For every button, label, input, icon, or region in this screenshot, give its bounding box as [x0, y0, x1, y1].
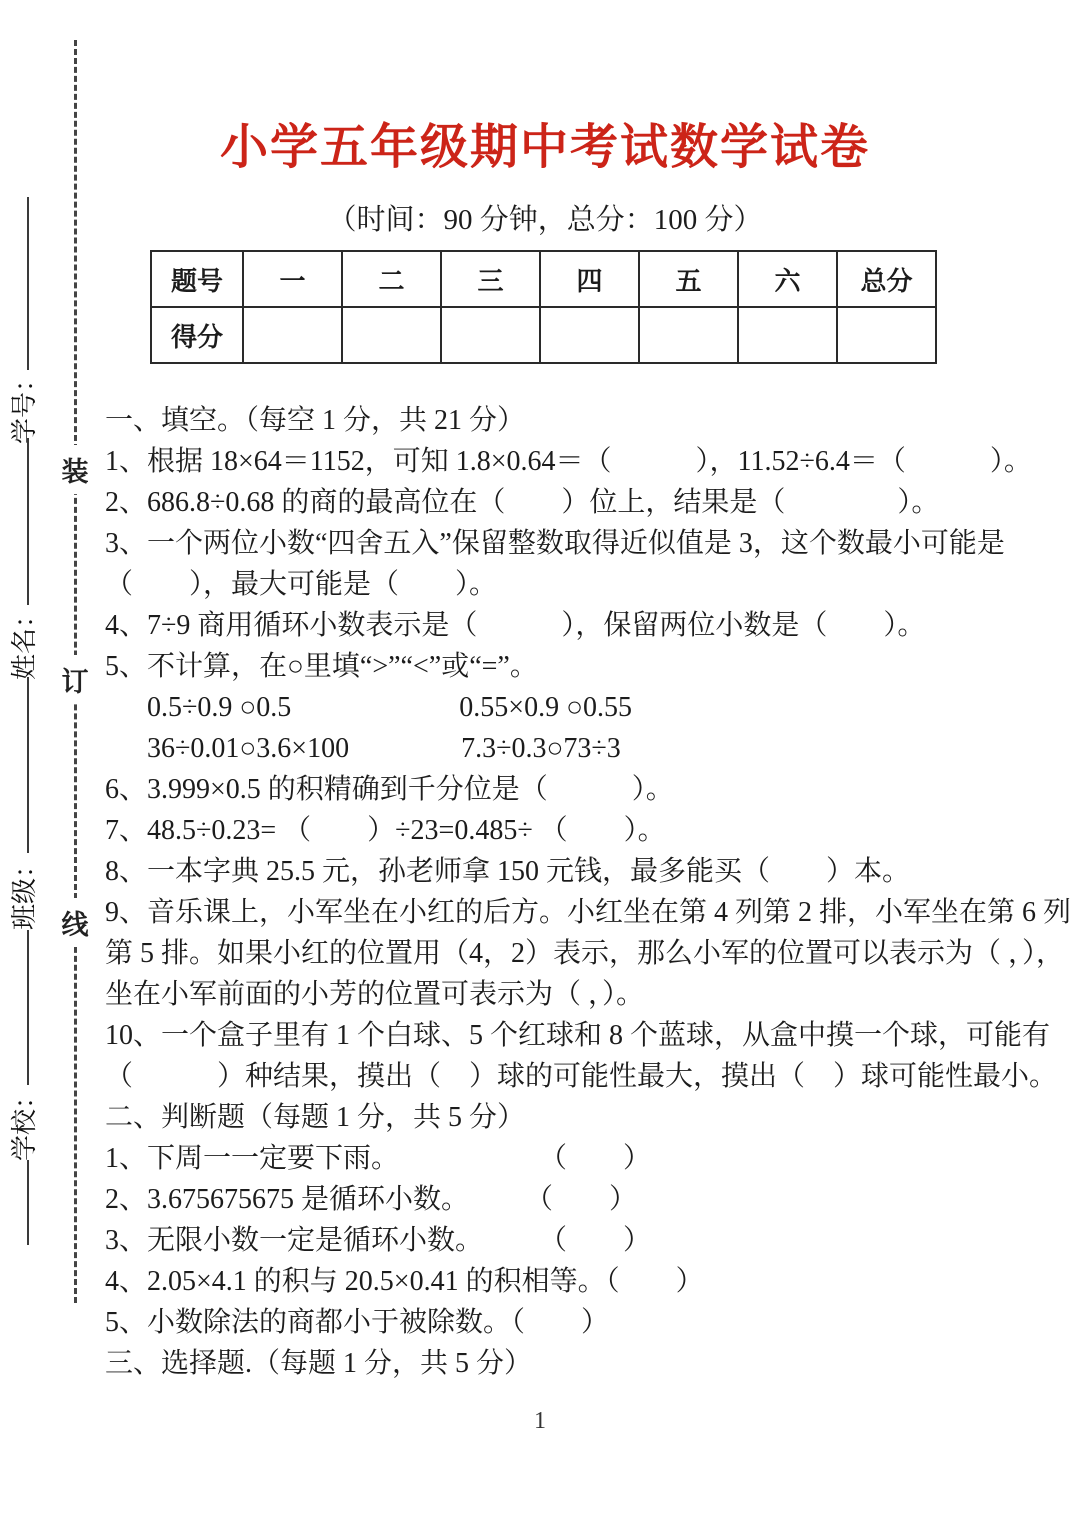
content-line: （ ）种结果，摸出（ ）球的可能性最大，摸出（ ）球可能性最小。 — [105, 1056, 1000, 1097]
score-table-score-row: 得分 — [151, 307, 936, 363]
score-table: 题号一二三四五六总分得分 — [150, 250, 937, 364]
content-line: 10、一个盒子里有 1 个白球、5 个红球和 8 个蓝球，从盒中摸一个球，可能有 — [105, 1015, 1000, 1056]
content-line: 一、填空。（每空 1 分，共 21 分） — [105, 400, 1000, 441]
content-line: 4、7÷9 商用循环小数表示是（ ），保留两位小数是（ ）。 — [105, 605, 1000, 646]
exam-time-score-subtitle: （时间：90 分钟，总分：100 分） — [105, 197, 985, 238]
content-line: 二、判断题（每题 1 分，共 5 分） — [105, 1097, 1000, 1138]
binding-mark: 线 — [59, 898, 91, 947]
score-table-column: 总分 — [837, 251, 936, 307]
content-line: 3、无限小数一定是循环小数。 （ ） — [105, 1220, 1000, 1261]
score-table-corner: 题号 — [151, 251, 243, 307]
margin-label: 学号： — [10, 353, 40, 457]
score-cell-empty — [837, 307, 936, 363]
margin-label: 班级： — [10, 839, 40, 943]
margin-label: 学校： — [10, 1070, 40, 1174]
score-cell-empty — [342, 307, 441, 363]
score-table-column: 六 — [738, 251, 837, 307]
exam-content: 一、填空。（每空 1 分，共 21 分）1、根据 18×64＝1152，可知 1… — [105, 400, 1000, 1384]
score-cell-empty — [441, 307, 540, 363]
score-table-column: 四 — [540, 251, 639, 307]
content-line: 1、下周一一定要下雨。 （ ） — [105, 1138, 1000, 1179]
score-cell-empty — [639, 307, 738, 363]
content-line: 8、一本字典 25.5 元，孙老师拿 150 元钱，最多能买（ ）本。 — [105, 851, 1000, 892]
blank-line — [27, 438, 29, 605]
content-line: 5、不计算，在○里填“>”“<”或“=”。 — [105, 646, 1000, 687]
score-cell-empty — [243, 307, 342, 363]
blank-line — [27, 677, 29, 853]
score-table-header-row: 题号一二三四五六总分 — [151, 251, 936, 307]
content-line: 3、一个两位小数“四舍五入”保留整数取得近似值是 3，这个数最小可能是 — [105, 523, 1000, 564]
blank-line — [27, 197, 29, 370]
content-line: 36÷0.01○3.6×100 7.3÷0.3○73÷3 — [105, 728, 1000, 769]
margin-label: 姓名： — [10, 589, 40, 693]
score-table-column: 五 — [639, 251, 738, 307]
content-line: 4、2.05×4.1 的积与 20.5×0.41 的积相等。（ ） — [105, 1261, 1000, 1302]
content-line: 2、686.8÷0.68 的商的最高位在（ ）位上，结果是（ ）。 — [105, 482, 1000, 523]
page-title: 小学五年级期中考试数学试卷 — [105, 108, 985, 177]
content-line: 坐在小军前面的小芳的位置可表示为（ ，）。 — [105, 974, 1000, 1015]
score-table-column: 二 — [342, 251, 441, 307]
page-number: 1 — [0, 1408, 1080, 1435]
content-line: 6、3.999×0.5 的积精确到千分位是（ ）。 — [105, 769, 1000, 810]
content-line: 三、选择题.（每题 1 分，共 5 分） — [105, 1343, 1000, 1384]
blank-line — [27, 930, 29, 1085]
binding-mark: 装 — [59, 445, 91, 494]
content-line: 2、3.675675675 是循环小数。 （ ） — [105, 1179, 1000, 1220]
score-table-column: 三 — [441, 251, 540, 307]
content-line: 1、根据 18×64＝1152，可知 1.8×0.64＝（ ），11.52÷6.… — [105, 441, 1000, 482]
score-cell-empty — [540, 307, 639, 363]
binding-mark: 订 — [59, 655, 91, 704]
content-line: 9、音乐课上，小军坐在小红的后方。小红坐在第 4 列第 2 排，小军坐在第 6 … — [105, 892, 1000, 933]
score-table-column: 一 — [243, 251, 342, 307]
content-line: 0.5÷0.9 ○0.5 0.55×0.9 ○0.55 — [105, 687, 1000, 728]
content-line: 5、小数除法的商都小于被除数。（ ） — [105, 1302, 1000, 1343]
score-row-label: 得分 — [151, 307, 243, 363]
content-line: 7、48.5÷0.23= （ ）÷23=0.485÷ （ ）。 — [105, 810, 1000, 851]
content-line: （ ），最大可能是（ ）。 — [105, 564, 1000, 605]
content-line: 第 5 排。如果小红的位置用（4，2）表示，那么小军的位置可以表示为（ ，）， — [105, 933, 1000, 974]
score-cell-empty — [738, 307, 837, 363]
